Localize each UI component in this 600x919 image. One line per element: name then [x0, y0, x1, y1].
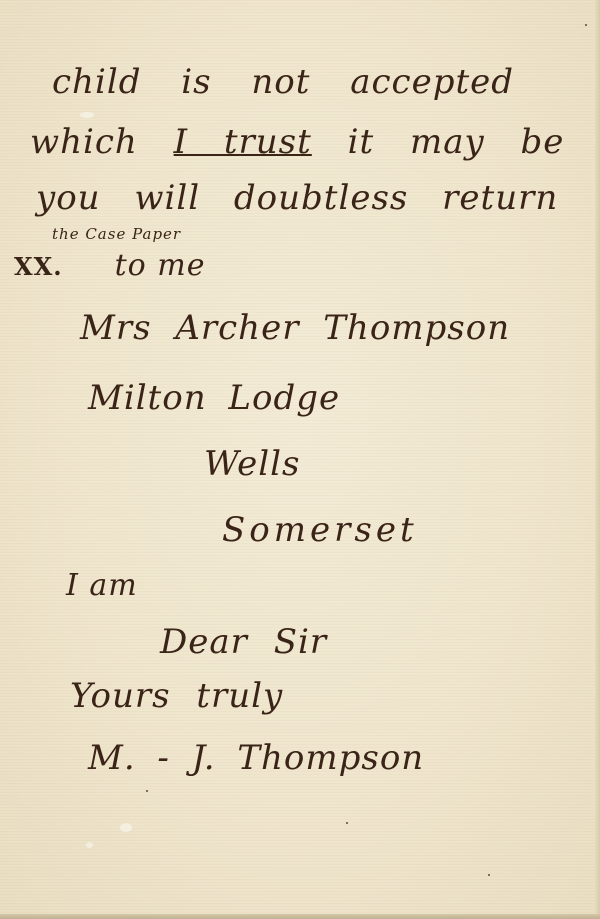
- paper-blemish: [86, 842, 93, 848]
- insertion-marker: XX.: [14, 252, 63, 281]
- signature: M. - J. Thompson: [88, 738, 424, 778]
- address-house: Milton Lodge: [88, 378, 340, 418]
- closing-salutation: Dear Sir: [160, 622, 327, 662]
- closing-valediction: Yours truly: [70, 676, 283, 716]
- letter-line-2-pre: which: [30, 122, 174, 162]
- address-county: Somerset: [222, 510, 418, 550]
- paper-blemish: [120, 823, 132, 832]
- paper-blemish: [80, 112, 94, 118]
- interlinear-insertion: the Case Paper: [52, 225, 181, 243]
- paper-speck: [488, 874, 490, 876]
- paper-speck: [346, 822, 348, 824]
- letter-page: child is not accepted which I trust it m…: [0, 0, 600, 919]
- letter-line-4-text: to me: [115, 248, 206, 283]
- address-name: Mrs Archer Thompson: [80, 308, 510, 348]
- address-town: Wells: [204, 444, 301, 484]
- letter-line-2: which I trust it may be: [30, 122, 564, 162]
- letter-line-3: you will doubtless return: [36, 178, 558, 218]
- letter-line-4: XX.to me: [14, 248, 205, 283]
- paper-bottom-edge: [0, 914, 600, 919]
- paper-speck: [146, 790, 148, 792]
- paper-speck: [585, 24, 587, 26]
- letter-line-2-post: it may be: [312, 122, 565, 162]
- paper-right-edge: [595, 0, 600, 919]
- closing-i-am: I am: [66, 568, 138, 603]
- underlined-phrase: I trust: [174, 122, 312, 162]
- letter-line-1: child is not accepted: [52, 62, 514, 102]
